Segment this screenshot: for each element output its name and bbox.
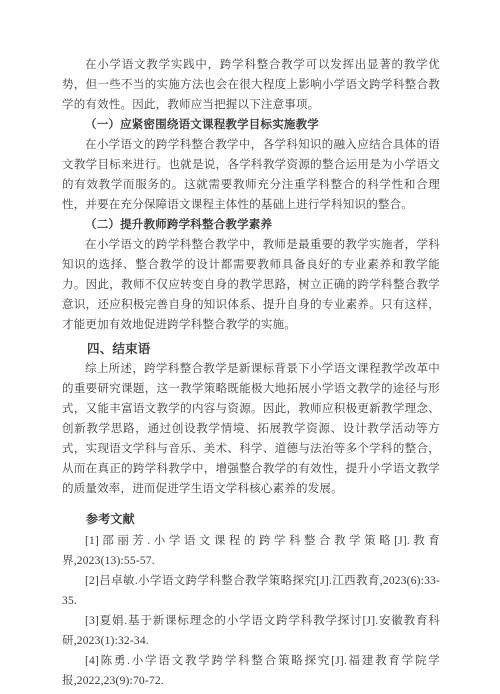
section-1-heading: （一）应紧密围绕语文课程教学目标实施教学 [62,115,440,135]
conclusion-paragraph: 综上所述，跨学科整合教学是新课标背景下小学语文课程教学改革中的重要研究课题，这一… [62,359,440,499]
reference-item: [1]邵丽芳.小学语文课程的跨学科整合教学策略[J].教育界,2023(13):… [62,531,440,571]
references-heading: 参考文献 [62,509,440,529]
section-2-heading: （二）提升教师跨学科整合教学素养 [62,215,440,235]
conclusion-heading: 四、结束语 [62,339,440,359]
intro-paragraph: 在小学语文教学实践中，跨学科整合教学可以发挥出显著的教学优势，但一些不当的实施方… [62,55,440,115]
section-1-paragraph: 在小学语文的跨学科整合教学中，各学科知识的融入应结合具体的语文教学目标来进行。也… [62,135,440,215]
document-page: 在小学语文教学实践中，跨学科整合教学可以发挥出显著的教学优势，但一些不当的实施方… [0,0,500,694]
reference-item: [3]夏娟.基于新课标理念的小学语文跨学科教学探讨[J].安徽教育科研,2023… [62,611,440,651]
section-2-paragraph: 在小学语文的跨学科整合教学中，教师是最重要的教学实施者，学科知识的选择、整合教学… [62,235,440,335]
reference-item: [4]陈勇.小学语文教学跨学科整合策略探究[J].福建教育学院学报,2022,2… [62,651,440,691]
reference-item: [2]吕卓敏.小学语文跨学科整合教学策略探究[J].江西教育,2023(6):3… [62,571,440,611]
